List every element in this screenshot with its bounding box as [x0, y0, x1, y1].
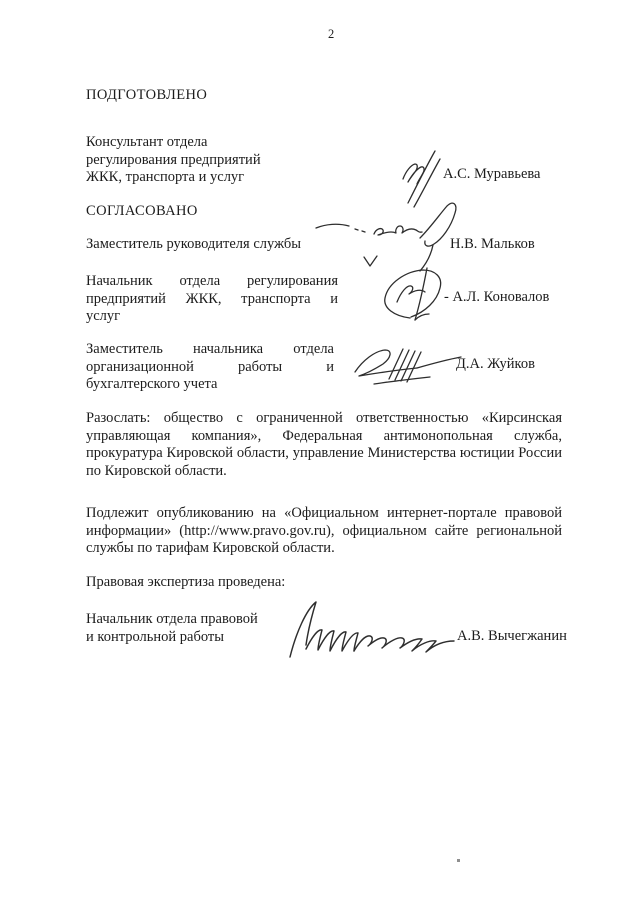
paragraph-line: информации» (http://www.pravo.gov.ru), о…	[86, 523, 562, 541]
signatory-name: А.В. Вычегжанин	[457, 628, 567, 646]
signature-vychegzhanin	[283, 598, 463, 662]
position-line: регулирования предприятий	[86, 152, 338, 170]
signatory-name: А.С. Муравьева	[443, 166, 540, 184]
agreed-heading: СОГЛАСОВАНО	[86, 203, 198, 221]
legal-review-label: Правовая экспертиза проведена:	[86, 574, 285, 592]
position-line: ЖКК, транспорта и услуг	[86, 169, 338, 187]
paragraph-line: по Кировской области.	[86, 463, 562, 481]
signature-block-deputy-head: Заместитель руководителя службы	[86, 236, 346, 254]
paragraph-line: Разослать: общество с ограниченной ответ…	[86, 410, 562, 428]
position-line: Консультант отдела	[86, 134, 338, 152]
position-line: Начальник отдела регулирования	[86, 273, 338, 291]
page-number: 2	[328, 26, 334, 44]
distribution-paragraph: Разослать: общество с ограниченной ответ…	[86, 410, 562, 480]
position-line: Заместитель начальника отдела	[86, 341, 334, 359]
paragraph-line: службы по тарифам Кировской области.	[86, 540, 562, 558]
position-line: предприятий ЖКК, транспорта и	[86, 291, 338, 309]
document-page: { "document": { "page_number": "2", "pre…	[0, 0, 640, 905]
signature-block-org-accounting: Заместитель начальника отдела организаци…	[86, 341, 334, 394]
signatory-name: Д.А. Жуйков	[456, 356, 535, 374]
paragraph-line: управляющая компания», Федеральная антим…	[86, 428, 562, 446]
position-line: организационной работы и	[86, 359, 334, 377]
signature-block-regulation-head: Начальник отдела регулирования предприят…	[86, 273, 338, 326]
publication-paragraph: Подлежит опубликованию на «Официальном и…	[86, 505, 562, 558]
position-line: бухгалтерского учета	[86, 376, 334, 394]
signature-zhuykov	[352, 339, 464, 387]
prepared-heading: ПОДГОТОВЛЕНО	[86, 87, 207, 105]
position-line: услуг	[86, 308, 338, 326]
paragraph-line: Подлежит опубликованию на «Официальном и…	[86, 505, 562, 523]
signatory-name: Н.В. Мальков	[450, 236, 535, 254]
signature-konovalov	[380, 265, 448, 323]
signatory-name: - А.Л. Коновалов	[444, 289, 549, 307]
scan-artifact-dot	[457, 859, 460, 862]
signature-block-consultant: Консультант отдела регулирования предпри…	[86, 134, 338, 187]
paragraph-line: прокуратура Кировской области, управлени…	[86, 445, 562, 463]
position-line: Заместитель руководителя службы	[86, 236, 346, 254]
